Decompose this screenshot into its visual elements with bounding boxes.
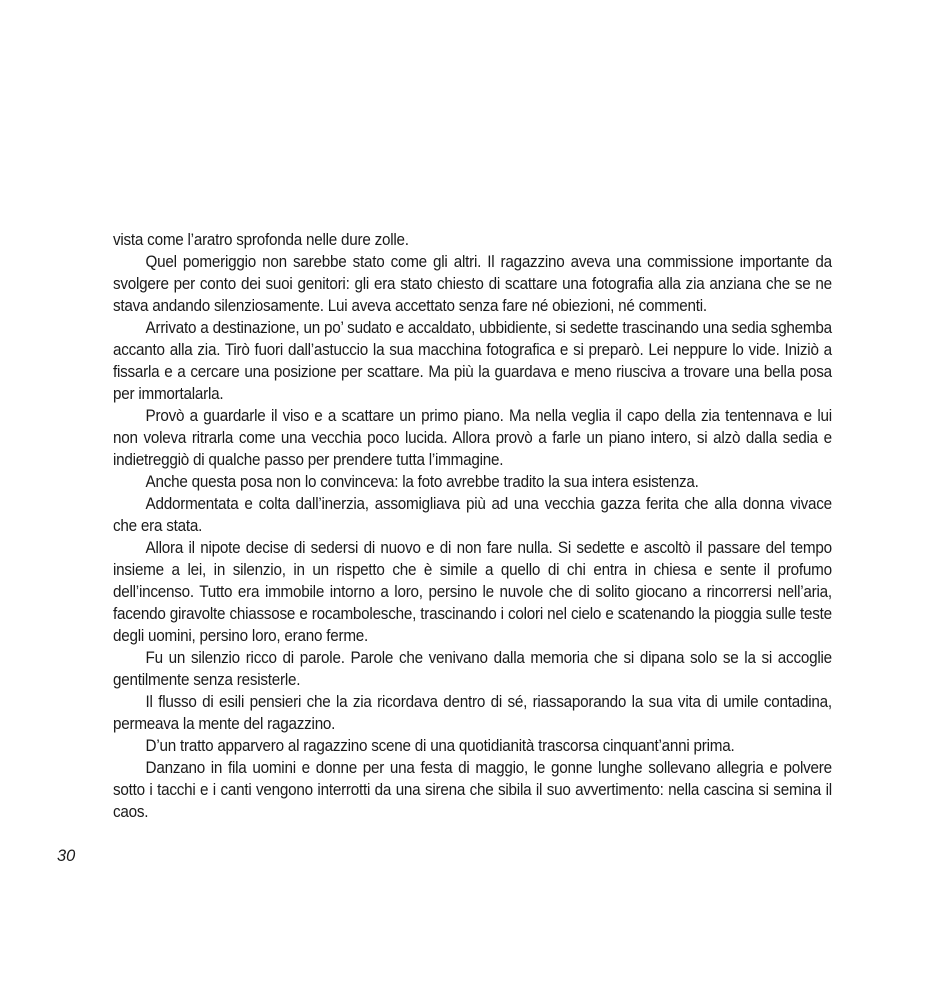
page-number: 30 xyxy=(57,845,75,867)
paragraph-3: Arrivato a destinazione, un po’ sudato e… xyxy=(113,317,832,405)
paragraph-8: Fu un silenzio ricco di parole. Parole c… xyxy=(113,647,832,691)
paragraph-2: Quel pomeriggio non sarebbe stato come g… xyxy=(113,251,832,317)
paragraph-1: vista come l’aratro sprofonda nelle dure… xyxy=(113,229,832,251)
body-text: vista come l’aratro sprofonda nelle dure… xyxy=(113,229,832,823)
paragraph-6: Addormentata e colta dall’inerzia, assom… xyxy=(113,493,832,537)
paragraph-11: Danzano in fila uomini e donne per una f… xyxy=(113,757,832,823)
book-page: vista come l’aratro sprofonda nelle dure… xyxy=(0,0,942,1000)
paragraph-7: Allora il nipote decise di sedersi di nu… xyxy=(113,537,832,647)
paragraph-4: Provò a guardarle il viso e a scattare u… xyxy=(113,405,832,471)
paragraph-5: Anche questa posa non lo convinceva: la … xyxy=(113,471,832,493)
paragraph-10: D’un tratto apparvero al ragazzino scene… xyxy=(113,735,832,757)
paragraph-9: Il flusso di esili pensieri che la zia r… xyxy=(113,691,832,735)
